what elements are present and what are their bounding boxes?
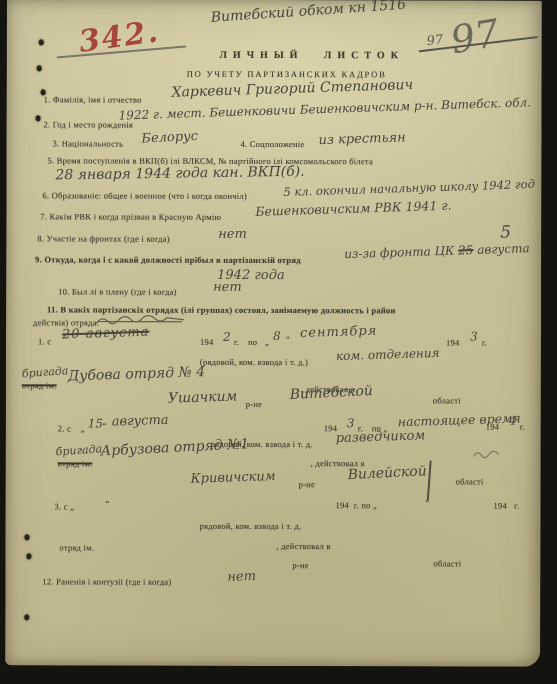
entry2-unit: Арбузова отряд №1 xyxy=(100,436,249,459)
entry1-day: 8 xyxy=(273,329,281,343)
entry1-year2-g: г. xyxy=(482,338,487,348)
entry2-quote-close: “ xyxy=(103,421,107,431)
punch-hole xyxy=(24,614,29,620)
entry2-prefix: 2. с xyxy=(58,423,71,433)
entry2-year1-hand: 3 xyxy=(347,416,355,430)
field-value-10: нет xyxy=(213,280,242,295)
entry3-quote-close2: “ xyxy=(426,497,430,507)
entry3-prefix: 3. с „ xyxy=(55,501,75,511)
entry1-quote-open: „ xyxy=(265,337,269,347)
entry1-prefix: 1. с xyxy=(38,336,51,346)
entry1-po: по xyxy=(248,337,257,347)
field-label-10: 10. Был лі в плену (где і когда) xyxy=(58,286,177,296)
entry2-region-label: області xyxy=(456,476,484,486)
field-label-3: 3. Національность xyxy=(52,138,123,148)
entry1-year1-hand: 2 xyxy=(223,330,231,344)
field-label-7: 7. Какім РВК і когда прізван в Красную А… xyxy=(40,211,221,221)
entry3-quote-close: “ xyxy=(106,499,110,509)
field-value-9-end: августа xyxy=(473,241,530,257)
punch-hole xyxy=(26,553,31,559)
entry2-district-label: р-не xyxy=(299,479,315,489)
field-value-5: 28 января 1944 года кан. ВКП(б). xyxy=(55,164,304,184)
entry2-day: 15 xyxy=(88,417,103,431)
entry2-region: Вилейской xyxy=(347,463,427,483)
entry3-end: 194 г. xyxy=(494,501,520,511)
entry1-unit-label-struck: отряд ім. xyxy=(22,380,57,390)
entry1-region: Витебской xyxy=(289,383,373,403)
entry2-rank: разведчиком xyxy=(335,428,425,446)
field-value-12: нет xyxy=(227,569,256,585)
punch-hole xyxy=(37,65,42,71)
pen-stroke xyxy=(427,460,432,500)
entry2-quote-open: „ xyxy=(81,423,85,433)
field-value-3: Белорус xyxy=(141,129,198,147)
field-value-9-struck: 25 xyxy=(458,243,474,257)
entry2-period: настоящее время xyxy=(398,410,521,429)
entry1-place: Ушачким xyxy=(168,388,238,406)
entry1-month: сентября xyxy=(300,324,378,341)
entry1-year2-printed: 194 xyxy=(446,337,460,347)
archive-note: Витебский обком кн 1516 xyxy=(210,0,406,26)
entry2-year2-g: г. xyxy=(520,422,525,432)
paper-sheet: Витебский обком кн 1516 342. 97 97 ЛИЧНЫ… xyxy=(5,0,542,667)
entry1-rank: ком. отделения xyxy=(336,346,440,363)
entry1-region-label: області xyxy=(433,395,461,405)
pencil-mark xyxy=(472,449,502,461)
field-value-9: из-за фронта ЦК 25 августа xyxy=(344,241,530,261)
entry3-unit-label: отряд ім. xyxy=(59,542,94,552)
entry1-quote-close: “ xyxy=(286,334,290,344)
entry3-rank-hint: рядовой, ком. взвода і т. д. xyxy=(199,521,301,531)
entry1-struck-date: 20 августа xyxy=(62,325,150,343)
entry1-district-label: р-не xyxy=(246,399,262,409)
punch-hole xyxy=(24,534,29,540)
field-label-12: 12. Раненія і контузіі (где і когда) xyxy=(42,576,171,586)
entry1-unit: Дубова отряд № 4 xyxy=(68,364,206,384)
entry3-region-label: області xyxy=(433,558,461,568)
field-label-6: 6. Образованіе: общее і военное (что і к… xyxy=(42,190,247,201)
entry2-year2-hand: 4 xyxy=(509,414,517,428)
entry3-district-label: р-не xyxy=(292,560,308,570)
field-value-6: 5 кл. окончил начальную школу 1942 год xyxy=(283,177,535,199)
field-label-1: 1. Фамілія, імя і отчество xyxy=(44,94,142,104)
entry2-place: Кривичским xyxy=(190,469,275,487)
field-value-4: из крестьян xyxy=(318,130,406,148)
field-value-9-start: из-за фронта ЦК xyxy=(344,244,458,262)
punch-hole xyxy=(39,39,44,45)
form-title: ЛИЧНЫЙ ЛИСТОК xyxy=(137,50,487,62)
entry3-acted-label: , действовал в xyxy=(276,541,330,551)
punch-hole xyxy=(36,115,41,121)
field-label-9: 9. Откуда, когда і с какой должності прі… xyxy=(35,254,301,265)
entry2-unit-label-struck: отряд ім. xyxy=(58,458,93,468)
entry3-mid: 194 г. по „ xyxy=(336,500,378,510)
field-value-1: Харкевич Григорий Степанович xyxy=(171,77,413,101)
field-value-8: нет xyxy=(218,227,247,242)
entry1-brigade-hand: бригада xyxy=(21,364,68,380)
entry2-brigade-hand: бригада xyxy=(55,442,102,458)
field-label-8: 8. Участіе на фронтах (где і когда) xyxy=(37,233,170,243)
entry1-rank-hint: (рядовой, ком. взвода і т. д.) xyxy=(200,357,308,367)
entry1-year1-g: г. xyxy=(234,337,239,347)
field-value-7: Бешенковичским РВК 1941 г. xyxy=(255,198,452,219)
entry1-year1-printed: 194 xyxy=(200,337,214,347)
entry2-year2-printed: 194 xyxy=(486,422,500,432)
margin-digit: 5 xyxy=(500,223,511,243)
field-label-4: 4. Соцположеніе xyxy=(240,139,304,149)
entry2-month: августа xyxy=(112,413,169,430)
entry1-year2-hand: 3 xyxy=(470,330,478,344)
scanned-document-page: { "document": { "archive_note": "Витебск… xyxy=(0,0,557,684)
